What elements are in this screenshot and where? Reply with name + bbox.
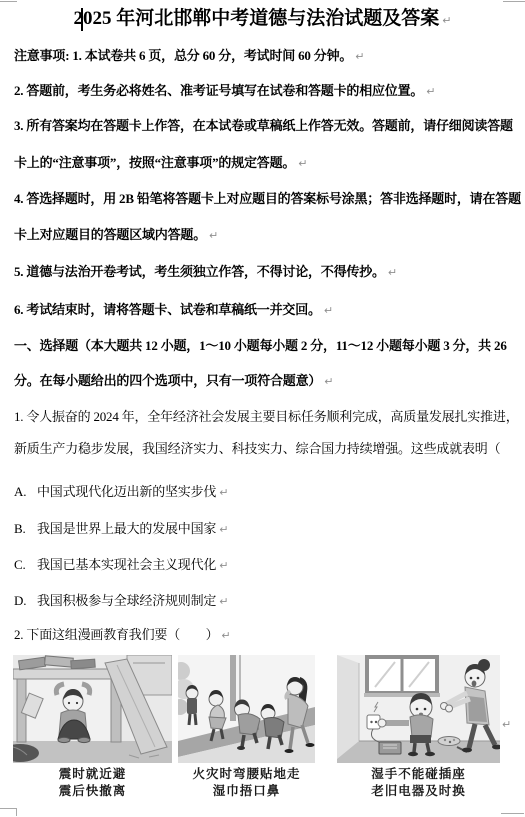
cartoon-electric-safety-image: [337, 655, 500, 763]
window: [364, 657, 440, 697]
page-margin-mark-top-left: [0, 1, 17, 2]
notice-line-4a: 4. 答选择题时，用 2B 铅笔将答题卡上对应题目的答案标号涂黑；答非选择题时，…: [14, 191, 521, 206]
cartoon-3-caption-line-2: 老旧电器及时换: [337, 783, 500, 800]
option-b: B.我国是世界上最大的发展中国家↵: [14, 521, 228, 537]
pilcrow-mark: ↵: [426, 85, 435, 98]
pilcrow-mark: ↵: [219, 523, 228, 536]
option-b-label: B.: [14, 521, 28, 536]
pilcrow-mark: ↵: [324, 375, 333, 388]
pilcrow-mark: ↵: [221, 629, 230, 642]
page-title: 2025 年河北邯郸中考道德与法治试题及答案↵: [0, 7, 525, 33]
cartoon-earthquake-image: [13, 655, 172, 763]
option-a: A.中国式现代化迈出新的坚实步伐↵: [14, 484, 228, 500]
notice-line-3b: 卡上的“注意事项”，按照“注意事项”的规定答题。↵: [14, 155, 307, 171]
cartoon-2-caption-line-1: 火灾时弯腰贴地走: [178, 766, 315, 783]
old-appliance-icon: [379, 742, 401, 754]
option-a-label: A.: [14, 484, 28, 499]
page-margin-mark-bottom-right: [501, 813, 524, 814]
option-c-label: C.: [14, 557, 28, 572]
option-b-text: 我国是世界上最大的发展中国家: [37, 521, 216, 536]
cartoon-1-caption-line-1: 震时就近避: [13, 766, 172, 783]
cartoon-earthquake-panel: 震时就近避 震后快撤离: [13, 655, 172, 799]
pilcrow-mark: ↵: [219, 559, 228, 572]
cartoon-fire-escape-image: [178, 655, 315, 763]
cartoon-3-caption-line-1: 湿手不能碰插座: [337, 766, 500, 783]
cartoon-2-caption-line-2: 湿巾捂口鼻: [178, 783, 315, 800]
pilcrow-mark: ↵: [502, 718, 511, 731]
pilcrow-mark: ↵: [298, 157, 307, 170]
document-page[interactable]: 2025 年河北邯郸中考道德与法治试题及答案↵ 注意事项: 1. 本试卷共 6 …: [0, 0, 525, 817]
notice-line-4b: 卡上对应题目的答题区域内答题。↵: [14, 227, 218, 243]
section-heading-line-2: 分。在每小题给出的四个选项中，只有一项符合题意）↵: [14, 373, 333, 389]
pilcrow-mark: ↵: [388, 266, 397, 279]
option-c-text: 我国已基本实现社会主义现代化: [37, 557, 216, 572]
option-c: C.我国已基本实现社会主义现代化↵: [14, 557, 228, 573]
option-d-text: 我国积极参与全球经济规则制定: [37, 593, 216, 608]
pilcrow-mark: ↵: [324, 304, 333, 317]
page-margin-mark-bottom-left: [0, 808, 17, 816]
pilcrow-mark: ↵: [219, 595, 228, 608]
cartoon-fire-escape-panel: 火灾时弯腰贴地走 湿巾捂口鼻: [178, 655, 315, 799]
pilcrow-mark: ↵: [355, 50, 364, 63]
notice-line-5: 5. 道德与法治开卷考试，考生须独立作答，不得讨论，不得传抄。↵: [14, 264, 397, 280]
pilcrow-mark: ↵: [219, 486, 228, 499]
option-d: D.我国积极参与全球经济规则制定↵: [14, 593, 228, 609]
notice-line-2: 2. 答题前，考生务必将姓名、准考证号填写在试卷和答题卡的相应位置。↵: [14, 83, 435, 99]
notice-line-3a: 3. 所有答案均在答题卡上作答，在本试卷或草稿纸上作答无效。答题前，请仔细阅读答…: [14, 118, 513, 133]
section-heading-line-1: 一、选择题（本大题共 12 小题，1～10 小题每小题 2 分，11～12 小题…: [14, 338, 507, 353]
question-2-stem: 2. 下面这组漫画教育我们要（ ）↵: [14, 627, 230, 643]
notice-line-6: 6. 考试结束时，请将答题卡、试卷和草稿纸一并交回。↵: [14, 302, 333, 318]
cartoon-electric-safety-panel: 湿手不能碰插座 老旧电器及时换: [337, 655, 500, 799]
page-margin-mark-top-right: [503, 1, 525, 2]
pilcrow-mark: ↵: [442, 14, 451, 27]
option-d-label: D.: [14, 593, 28, 608]
cartoon-1-caption-line-2: 震后快撤离: [13, 783, 172, 800]
option-a-text: 中国式现代化迈出新的坚实步伐: [37, 484, 216, 499]
notice-line-1: 注意事项: 1. 本试卷共 6 页，总分 60 分，考试时间 60 分钟。↵: [14, 48, 364, 64]
question-1-stem-line-2: 新质生产力稳步发展，我国经济实力、科技实力、综合国力持续增强。这些成就表明（ ）…: [14, 441, 525, 457]
question-1-stem-line-1: 1. 令人振奋的 2024 年，全年经济社会发展主要目标任务顺利完成，高质量发展…: [14, 409, 519, 424]
pilcrow-mark: ↵: [209, 229, 218, 242]
